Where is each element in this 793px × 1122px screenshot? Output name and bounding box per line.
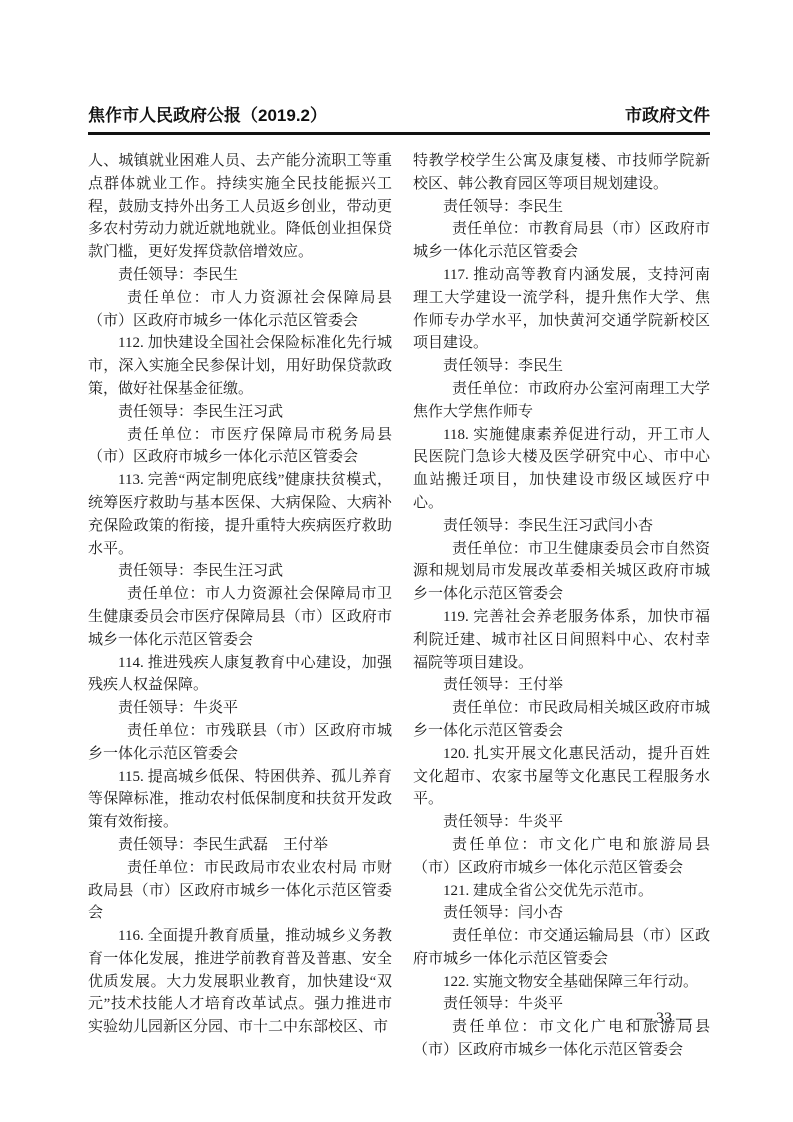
task-item-paragraph: 120. 扎实开展文化惠民活动，提升百姓文化超市、农家书屋等文化惠民工程服务水平…	[413, 743, 710, 811]
responsible-unit-line: 责任单位：市民政局市农业农村局 市财政局县（市）区政府市城乡一体化示范区管委会	[88, 857, 392, 925]
responsible-unit-line: 责任单位：市卫生健康委员会市自然资源和规划局市发展改革委相关城区政府市城乡一体化…	[413, 538, 710, 606]
task-item-paragraph: 119. 完善社会养老服务体系，加快市福利院迁建、城市社区日间照料中心、农村幸福…	[413, 606, 710, 674]
responsible-leader-line: 责任领导：牛炎平	[88, 697, 392, 720]
responsible-unit-line: 责任单位：市民政局相关城区政府市城乡一体化示范区管委会	[413, 697, 710, 743]
task-item-paragraph: 113. 完善“两定制兜底线”健康扶贫模式，统筹医疗救助与基本医保、大病保险、大…	[88, 469, 392, 560]
responsible-leader-line: 责任领导：李民生	[413, 196, 710, 219]
page-header: 焦作市人民政府公报（2019.2） 市政府文件	[88, 106, 710, 135]
responsible-unit-line: 责任单位：市人力资源社会保障局市卫生健康委员会市医疗保障局县（市）区政府市城乡一…	[88, 583, 392, 651]
responsible-unit-line: 责任单位：市残联县（市）区政府市城乡一体化示范区管委会	[88, 720, 392, 766]
gazette-title: 焦作市人民政府公报（2019.2）	[88, 106, 327, 126]
task-item-paragraph: 118. 实施健康素养促进行动，开工市人民医院门急诊大楼及医学研究中心、市中心血…	[413, 424, 710, 515]
continuation-paragraph: 特教学校学生公寓及康复楼、市技师学院新校区、韩公教育园区等项目规划建设。	[413, 150, 710, 196]
responsible-leader-line: 责任领导：李民生汪习武闫小杏	[413, 515, 710, 538]
responsible-leader-line: 责任领导：王付举	[413, 674, 710, 697]
page-number: — 33 —	[636, 1010, 692, 1027]
continuation-paragraph: 人、城镇就业困难人员、去产能分流职工等重点群体就业工作。持续实施全民技能振兴工程…	[88, 150, 392, 264]
gazette-document-page: 焦作市人民政府公报（2019.2） 市政府文件 人、城镇就业困难人员、去产能分流…	[0, 0, 793, 1122]
responsible-leader-line: 责任领导：牛炎平	[413, 811, 710, 834]
task-item-paragraph: 121. 建成全省公交优先示范市。	[413, 880, 710, 903]
task-item-paragraph: 117. 推动高等教育内涵发展，支持河南理工大学建设一流学科，提升焦作大学、焦作…	[413, 264, 710, 355]
page-footer: — 33 —	[88, 1010, 710, 1028]
section-title: 市政府文件	[625, 106, 710, 126]
left-text-column: 人、城镇就业困难人员、去产能分流职工等重点群体就业工作。持续实施全民技能振兴工程…	[88, 150, 392, 1062]
responsible-leader-line: 责任领导：李民生	[413, 355, 710, 378]
responsible-leader-line: 责任领导：李民生武磊 王付举	[88, 834, 392, 857]
right-text-column: 特教学校学生公寓及康复楼、市技师学院新校区、韩公教育园区等项目规划建设。责任领导…	[413, 150, 710, 1062]
task-item-paragraph: 122. 实施文物安全基础保障三年行动。	[413, 971, 710, 994]
responsible-unit-line: 责任单位：市文化广电和旅游局县（市）区政府市城乡一体化示范区管委会	[413, 834, 710, 880]
responsible-leader-line: 责任领导：李民生汪习武	[88, 560, 392, 583]
responsible-leader-line: 责任领导：李民生汪习武	[88, 401, 392, 424]
responsible-unit-line: 责任单位：市政府办公室河南理工大学焦作大学焦作师专	[413, 378, 710, 424]
task-item-paragraph: 115. 提高城乡低保、特困供养、孤儿养育等保障标准，推动农村低保制度和扶贫开发…	[88, 766, 392, 834]
responsible-leader-line: 责任领导：闫小杏	[413, 902, 710, 925]
responsible-leader-line: 责任领导：李民生	[88, 264, 392, 287]
task-item-paragraph: 112. 加快建设全国社会保险标准化先行城市，深入实施全民参保计划，用好助保贷款…	[88, 332, 392, 400]
responsible-unit-line: 责任单位：市交通运输局县（市）区政府市城乡一体化示范区管委会	[413, 925, 710, 971]
document-body: 人、城镇就业困难人员、去产能分流职工等重点群体就业工作。持续实施全民技能振兴工程…	[88, 150, 710, 1062]
responsible-unit-line: 责任单位：市人力资源社会保障局县（市）区政府市城乡一体化示范区管委会	[88, 287, 392, 333]
responsible-unit-line: 责任单位：市医疗保障局市税务局县（市）区政府市城乡一体化示范区管委会	[88, 424, 392, 470]
task-item-paragraph: 114. 推进残疾人康复教育中心建设，加强残疾人权益保障。	[88, 652, 392, 698]
responsible-unit-line: 责任单位：市教育局县（市）区政府市城乡一体化示范区管委会	[413, 218, 710, 264]
